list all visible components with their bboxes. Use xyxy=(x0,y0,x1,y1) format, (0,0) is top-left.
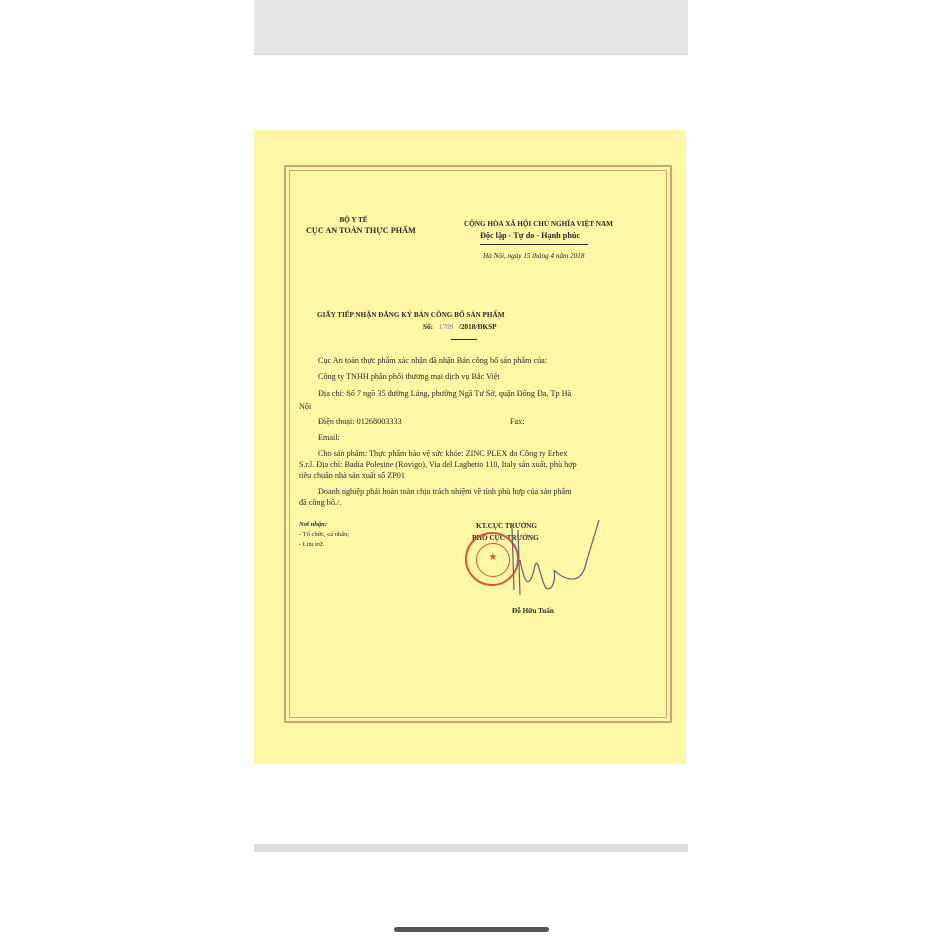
recipient-item: - Lưu trữ. xyxy=(299,541,324,548)
home-indicator[interactable] xyxy=(394,927,549,932)
address-line-2: Nội xyxy=(299,402,311,411)
document-title: GIẤY TIẾP NHẬN ĐĂNG KÝ BẢN CÔNG BỐ SẢN P… xyxy=(317,311,504,319)
nation-name: CỘNG HÒA XÃ HỘI CHỦ NGHĨA VIỆT NAM xyxy=(464,220,613,228)
agency-name: CỤC AN TOÀN THỰC PHẨM xyxy=(306,226,416,235)
product-line-1: Cho sản phẩm: Thực phẩm bảo vệ sức khỏe:… xyxy=(318,449,567,458)
email: Email: xyxy=(318,433,340,442)
product-line-3: tiêu chuẩn nhà sản xuất số ZP01 xyxy=(299,471,405,480)
bottom-toolbar xyxy=(254,844,688,852)
ministry-label: BỘ Y TẾ xyxy=(306,216,401,224)
handwritten-number: 1709 xyxy=(435,323,457,331)
document-border xyxy=(284,165,672,723)
address-line-1: Địa chỉ: Số 7 ngõ 35 đường Láng, phường … xyxy=(318,389,571,398)
document-image: BỘ Y TẾ CỤC AN TOÀN THỰC PHẨM CỘNG HÒA X… xyxy=(254,130,686,764)
handwritten-signature xyxy=(494,520,604,620)
motto: Độc lập - Tự do - Hạnh phúc xyxy=(480,231,580,240)
document-number: Số: 1709 /2018/ĐKSP xyxy=(423,323,497,331)
responsibility-line-2: đã công bố./. xyxy=(299,498,341,507)
phone: Điện thoại: 01268003333 xyxy=(318,417,402,426)
date-line: Hà Nội, ngày 15 tháng 4 năm 2018 xyxy=(483,252,584,260)
fax: Fax: xyxy=(510,417,525,426)
responsibility-line-1: Doanh nghiệp phải hoàn toàn chịu trách n… xyxy=(318,487,572,496)
top-toolbar xyxy=(254,0,688,55)
product-line-2: S.r.l. Địa chỉ: Badia Polesine (Rovigo),… xyxy=(299,460,577,469)
recipient-item: - Tổ chức, cá nhân; xyxy=(299,531,349,538)
signer-name: Đỗ Hữu Tuấn xyxy=(512,607,554,615)
recipients-label: Nơi nhận: xyxy=(299,521,327,528)
intro-text: Cục An toàn thực phẩm xác nhận đã nhận B… xyxy=(318,356,547,365)
company-name: Công ty TNHH phân phối thương mại dịch v… xyxy=(318,372,500,381)
